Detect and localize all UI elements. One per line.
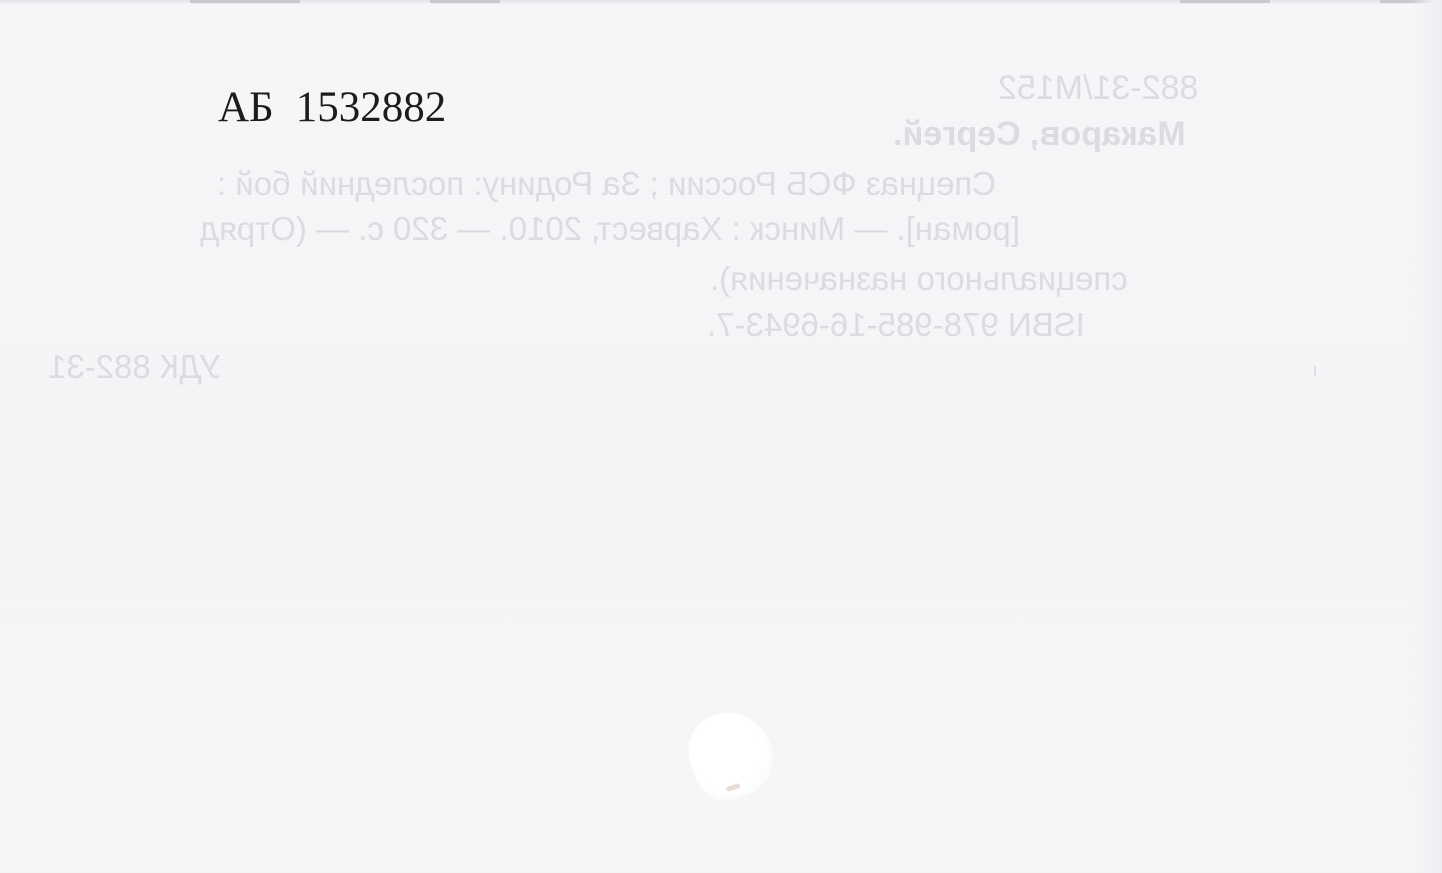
edge-mark	[430, 0, 500, 3]
showthrough-author: Макаров, Сергей.	[893, 112, 1186, 156]
torn-fleck	[726, 783, 741, 792]
showthrough-description-line: специального назначения).	[710, 257, 1128, 301]
paper-speck	[1314, 366, 1316, 376]
card-right-edge	[1412, 0, 1442, 873]
edge-mark	[1180, 0, 1270, 3]
paper-scuff-mark	[679, 701, 784, 808]
showthrough-isbn: ISBN 978-985-16-6943-7.	[707, 303, 1085, 347]
inventory-prefix: АБ	[218, 84, 274, 131]
showthrough-udk: УДК 882-31	[48, 345, 221, 389]
card-top-edge	[0, 0, 1442, 5]
edge-mark	[190, 0, 300, 3]
catalog-card-back: 882-31/М152 Макаров, Сергей. Спецназ ФСБ…	[0, 0, 1442, 873]
showthrough-call-number: 882-31/М152	[998, 66, 1198, 110]
inventory-digits: 1532882	[296, 84, 447, 131]
inventory-number: АБ1532882	[218, 83, 446, 132]
showthrough-description-line: [роман]. — Минск : Харвест, 2010. — 320 …	[200, 207, 1020, 251]
showthrough-description-line: Спецназ ФСБ России ; За Родину: последни…	[217, 162, 996, 206]
